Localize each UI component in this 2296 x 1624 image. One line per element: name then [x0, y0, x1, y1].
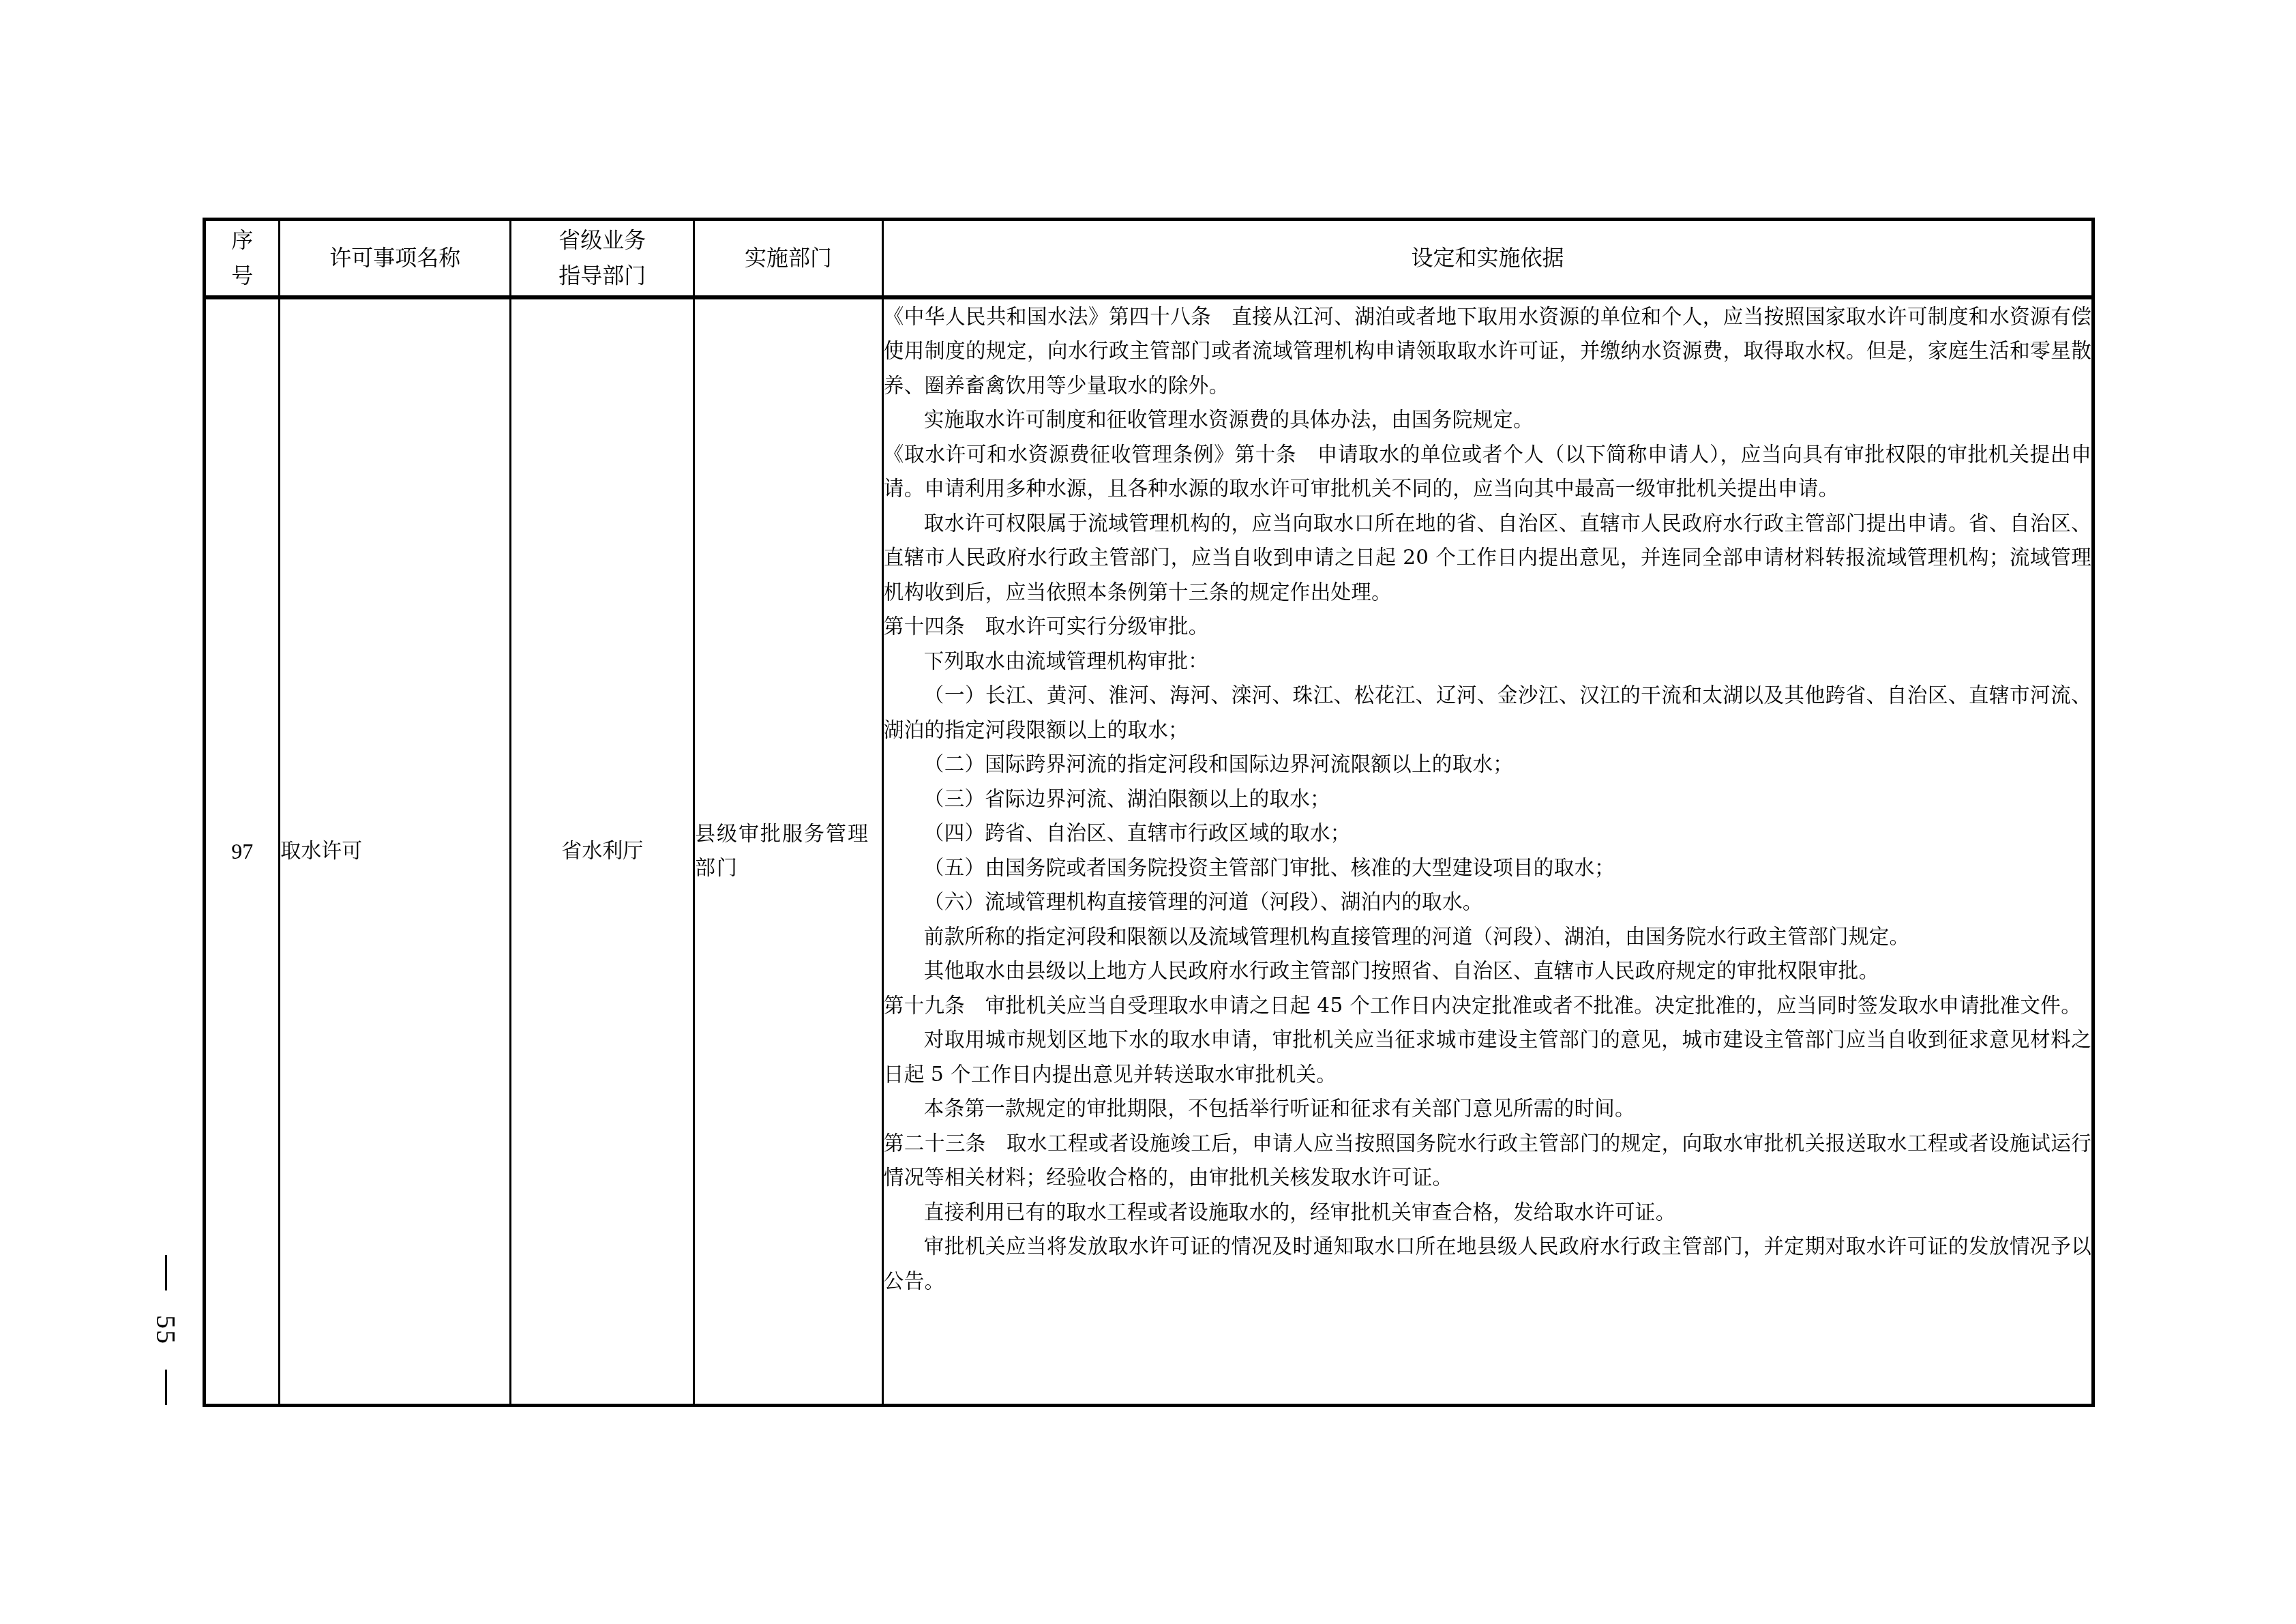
basis-paragraph: （三）省际边界河流、湖泊限额以上的取水；	[884, 782, 2091, 816]
permit-table: 序 号 许可事项名称 省级业务 指导部门 实施部门 设定和实施依据 97 取水许…	[203, 218, 2095, 1407]
header-basis: 设定和实施依据	[882, 220, 2093, 297]
basis-paragraph: 实施取水许可制度和征收管理水资源费的具体办法，由国务院规定。	[884, 402, 2091, 437]
header-provincial-dept-line1: 省级业务	[511, 222, 693, 258]
page-number-dash-top	[165, 1255, 167, 1290]
cell-implementing-dept: 县级审批服务管理部门	[694, 297, 883, 1406]
basis-paragraph: 取水许可权限属于流域管理机构的，应当向取水口所在地的省、自治区、直辖市人民政府水…	[884, 506, 2091, 610]
basis-paragraph: 第二十三条 取水工程或者设施竣工后，申请人应当按照国务院水行政主管部门的规定，向…	[884, 1126, 2091, 1195]
basis-paragraph: 对取用城市规划区地下水的取水申请，审批机关应当征求城市建设主管部门的意见，城市建…	[884, 1022, 2091, 1091]
page-number-dash-bottom	[165, 1370, 167, 1405]
header-seq-line1: 序	[206, 222, 278, 258]
basis-paragraph: 前款所称的指定河段和限额以及流域管理机构直接管理的河道（河段）、湖泊，由国务院水…	[884, 919, 2091, 954]
table-header-row: 序 号 许可事项名称 省级业务 指导部门 实施部门 设定和实施依据	[205, 220, 2093, 297]
header-implementing-dept: 实施部门	[694, 220, 883, 297]
basis-paragraph: 下列取水由流域管理机构审批：	[884, 644, 2091, 679]
basis-paragraph: 其他取水由县级以上地方人民政府水行政主管部门按照省、自治区、直辖市人民政府规定的…	[884, 954, 2091, 988]
basis-paragraph: （二）国际跨界河流的指定河段和国际边界河流限额以上的取水；	[884, 747, 2091, 782]
header-provincial-dept: 省级业务 指导部门	[511, 220, 694, 297]
basis-paragraph: 《取水许可和水资源费征收管理条例》第十条 申请取水的单位或者个人（以下简称申请人…	[884, 437, 2091, 506]
header-seq-line2: 号	[206, 258, 278, 293]
basis-paragraph: 《中华人民共和国水法》第四十八条 直接从江河、湖泊或者地下取用水资源的单位和个人…	[884, 299, 2091, 403]
basis-paragraph: （五）由国务院或者国务院投资主管部门审批、核准的大型建设项目的取水；	[884, 851, 2091, 885]
basis-paragraph: （四）跨省、自治区、直辖市行政区域的取水；	[884, 816, 2091, 851]
basis-paragraph: （六）流域管理机构直接管理的河道（河段）、湖泊内的取水。	[884, 885, 2091, 919]
basis-paragraph: （一）长江、黄河、淮河、海河、滦河、珠江、松花江、辽河、金沙江、汉江的干流和太湖…	[884, 678, 2091, 747]
cell-basis: 《中华人民共和国水法》第四十八条 直接从江河、湖泊或者地下取用水资源的单位和个人…	[882, 297, 2093, 1406]
basis-paragraph: 第十九条 审批机关应当自受理取水申请之日起 45 个工作日内决定批准或者不批准。…	[884, 988, 2091, 1023]
basis-paragraph: 本条第一款规定的审批期限，不包括举行听证和征求有关部门意见所需的时间。	[884, 1091, 2091, 1126]
cell-seq: 97	[205, 297, 280, 1406]
table-row: 97 取水许可 省水利厅 县级审批服务管理部门 《中华人民共和国水法》第四十八条…	[205, 297, 2093, 1406]
basis-paragraph: 审批机关应当将发放取水许可证的情况及时通知取水口所在地县级人民政府水行政主管部门…	[884, 1229, 2091, 1298]
basis-paragraph: 第十四条 取水许可实行分级审批。	[884, 609, 2091, 644]
header-seq: 序 号	[205, 220, 280, 297]
basis-text: 《中华人民共和国水法》第四十八条 直接从江河、湖泊或者地下取用水资源的单位和个人…	[884, 299, 2091, 1299]
page-number: 55	[142, 1255, 190, 1405]
header-provincial-dept-line2: 指导部门	[511, 258, 693, 293]
cell-item-name: 取水许可	[280, 297, 511, 1406]
basis-paragraph: 直接利用已有的取水工程或者设施取水的，经审批机关审查合格，发给取水许可证。	[884, 1195, 2091, 1230]
header-item-name: 许可事项名称	[280, 220, 511, 297]
page-number-text: 55	[152, 1315, 179, 1345]
cell-provincial-dept: 省水利厅	[511, 297, 694, 1406]
